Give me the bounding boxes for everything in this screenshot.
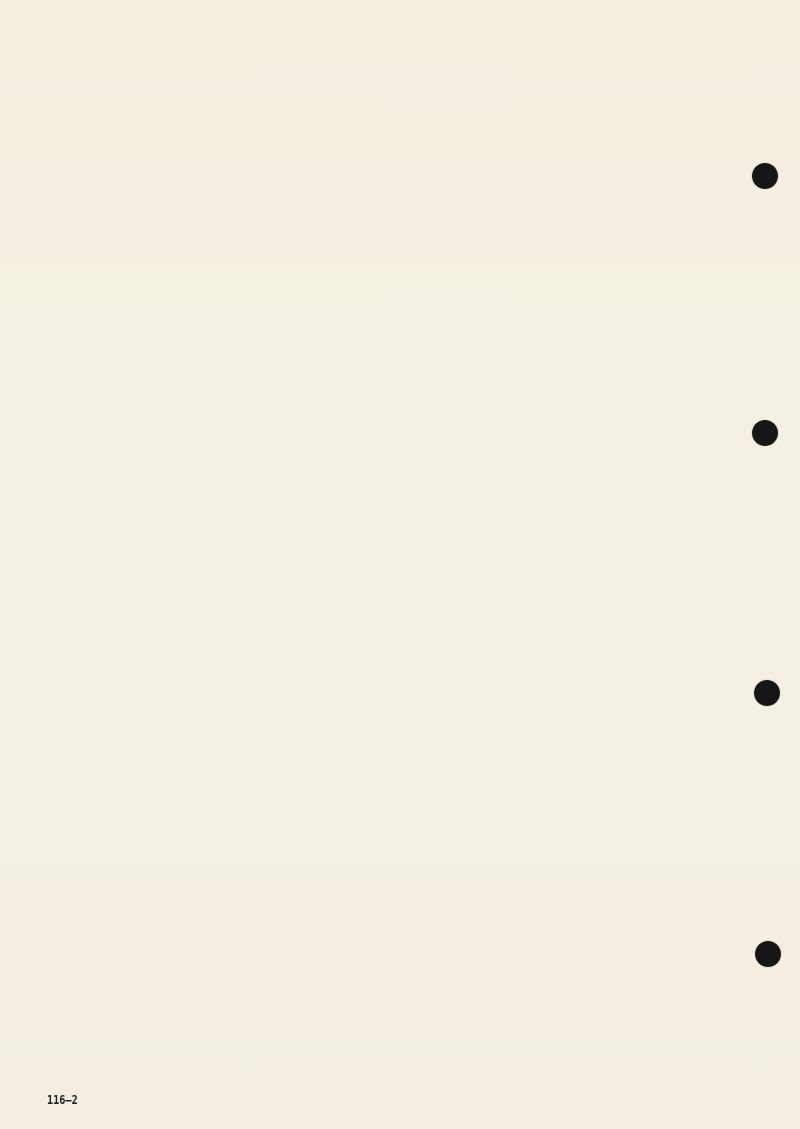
binder-hole-2 [752, 420, 778, 446]
binder-hole-4 [755, 941, 781, 967]
binder-hole-3 [754, 680, 780, 706]
page-number: 116—2 [47, 1093, 78, 1107]
binder-hole-1 [752, 163, 778, 189]
blank-document-page: 116—2 [0, 0, 800, 1129]
